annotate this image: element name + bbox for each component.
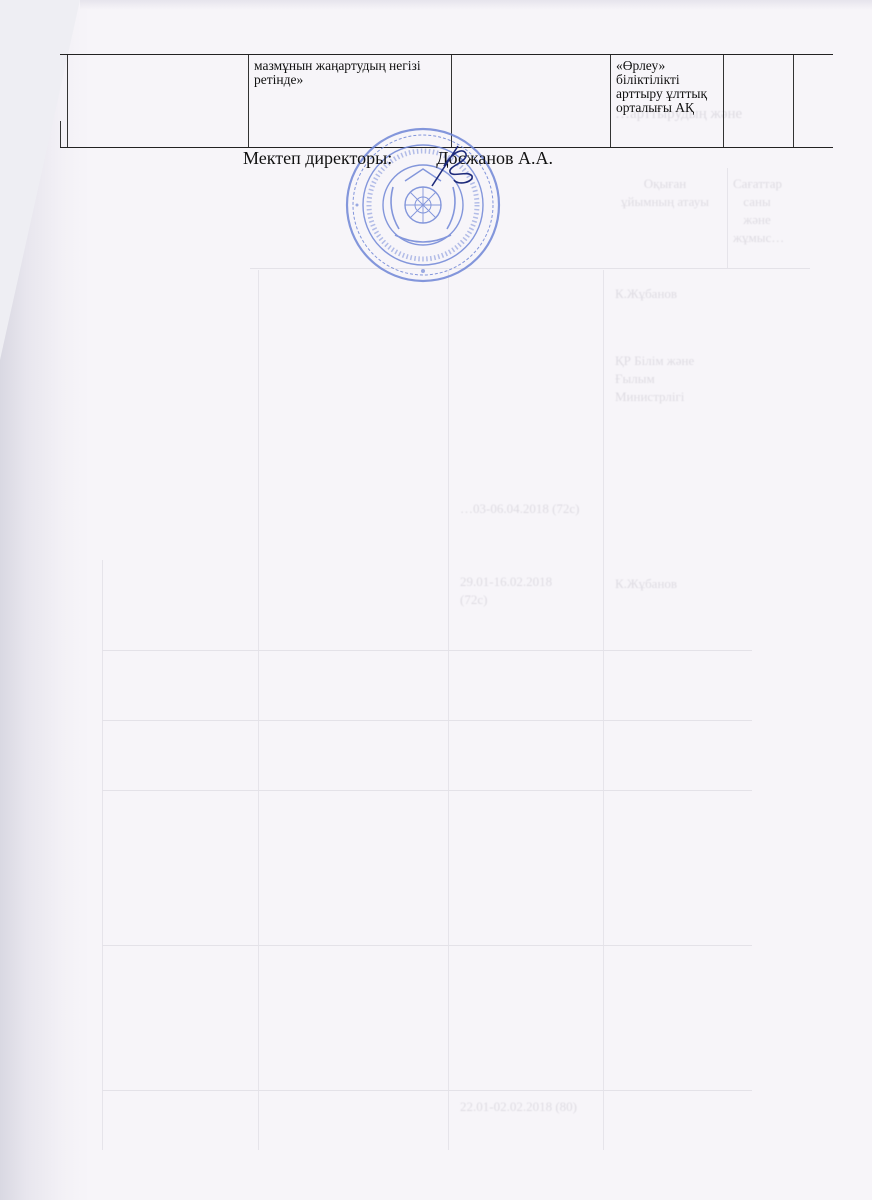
ghost-date-fragment: 22.01-02.02.2018 (80) xyxy=(460,1098,580,1116)
column-divider xyxy=(723,55,724,147)
cell-organizer: «Өрлеу» біліктілікті арттыру ұлттық орта… xyxy=(616,59,720,115)
ghost-divider xyxy=(102,560,103,1150)
ghost-divider xyxy=(603,270,604,1150)
table-left-stub-border xyxy=(60,121,61,147)
ghost-org-fragment: ҚР Білім және Ғылым Министрлігі xyxy=(615,352,710,406)
cell-course-topic: мазмұнын жаңартудың негізі ретінде» xyxy=(254,59,444,87)
director-role-label: Мектеп директоры: xyxy=(243,148,392,168)
ghost-divider xyxy=(448,270,449,1150)
ghost-divider xyxy=(102,1090,752,1091)
ghost-header-hours: Сағаттар саны және жұмыс… xyxy=(733,175,781,247)
column-divider xyxy=(610,55,611,147)
column-divider xyxy=(793,55,794,147)
ghost-divider xyxy=(102,945,752,946)
ghost-divider xyxy=(102,650,752,651)
column-divider xyxy=(248,55,249,147)
ghost-header-org: Оқыған ұйымның атауы xyxy=(620,175,710,211)
ghost-divider xyxy=(102,720,752,721)
ghost-org-fragment: К.Жұбанов xyxy=(615,575,677,593)
ghost-divider xyxy=(258,270,259,1150)
ghost-divider xyxy=(102,790,752,791)
scan-top-band xyxy=(80,0,872,10)
signature-line: Мектеп директоры:Досжанов А.А. xyxy=(243,148,553,169)
ghost-date-fragment: …03-06.04.2018 (72с) xyxy=(460,500,580,518)
handwritten-signature xyxy=(428,140,488,190)
ghost-org-fragment: К.Жұбанов xyxy=(615,285,677,303)
column-divider xyxy=(67,55,68,147)
ghost-date-fragment: 29.01-16.02.2018 (72с) xyxy=(460,573,580,609)
ghost-divider xyxy=(727,168,728,268)
ghost-divider xyxy=(250,268,810,269)
